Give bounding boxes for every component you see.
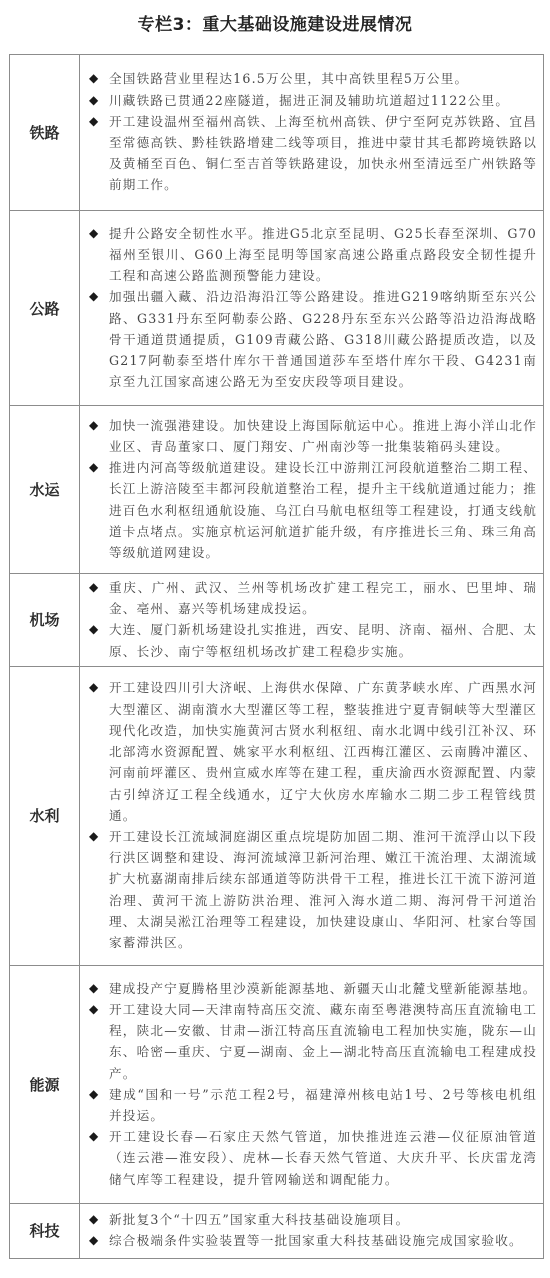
list-item: ◆重庆、广州、武汉、兰州等机场改扩建工程完工，丽水、巴里坤、瑞金、亳州、嘉兴等机…: [84, 577, 537, 619]
category-label: 科技: [10, 1203, 80, 1258]
items-cell: ◆全国铁路营业里程达16.5万公里，其中高铁里程5万公里。◆川藏铁路已贯通22座…: [80, 55, 544, 211]
diamond-bullet-icon: ◆: [89, 978, 98, 999]
diamond-bullet-icon: ◆: [89, 999, 98, 1020]
list-item: ◆开工建设长江流域洞庭湖区重点垸堤防加固二期、淮河干流浮山以下段行洪区调整和建设…: [84, 826, 537, 953]
item-text: 推进内河高等级航道建设。建设长江中游荆江河段航道整治二期工程、长江上游涪陵至丰都…: [109, 460, 537, 560]
item-text: 建成“国和一号”示范工程2号，福建漳州核电站1号、2号等核电机组并投运。: [109, 1087, 537, 1123]
table-row: 水利◆开工建设四川引大济岷、上海供水保障、广东黄茅峡水库、广西黑水河大型灌区、湖…: [10, 666, 544, 965]
category-label: 机场: [10, 574, 80, 667]
category-label: 水利: [10, 666, 80, 965]
diamond-bullet-icon: ◆: [89, 1209, 98, 1230]
list-item: ◆综合极端条件实验装置等一批国家重大科技基础设施完成国家验收。: [84, 1230, 537, 1251]
list-item: ◆开工建设长春—石家庄天然气管道，加快推进连云港—仪征原油管道（连云港—淮安段）…: [84, 1126, 537, 1190]
list-item: ◆川藏铁路已贯通22座隧道，掘进正洞及辅助坑道超过1122公里。: [84, 90, 537, 111]
diamond-bullet-icon: ◆: [89, 68, 98, 89]
list-item: ◆开工建设四川引大济岷、上海供水保障、广东黄茅峡水库、广西黑水河大型灌区、湖南澬…: [84, 677, 537, 825]
diamond-bullet-icon: ◆: [89, 1084, 98, 1105]
item-text: 开工建设四川引大济岷、上海供水保障、广东黄茅峡水库、广西黑水河大型灌区、湖南澬水…: [109, 680, 537, 822]
table-row: 能源◆建成投产宁夏腾格里沙漠新能源基地、新疆天山北麓戈壁新能源基地。◆开工建设大…: [10, 965, 544, 1203]
item-text: 建成投产宁夏腾格里沙漠新能源基地、新疆天山北麓戈壁新能源基地。: [109, 981, 537, 996]
list-item: ◆开工建设温州至福州高铁、上海至杭州高铁、伊宁至阿克苏铁路、宜昌至常德高铁、黔桂…: [84, 111, 537, 196]
item-text: 新批复3个“十四五”国家重大科技基础设施项目。: [109, 1212, 409, 1227]
list-item: ◆大连、厦门新机场建设扎实推进，西安、昆明、济南、福州、合肥、太原、长沙、南宁等…: [84, 619, 537, 661]
diamond-bullet-icon: ◆: [89, 90, 98, 111]
diamond-bullet-icon: ◆: [89, 286, 98, 307]
infrastructure-progress-table: 铁路◆全国铁路营业里程达16.5万公里，其中高铁里程5万公里。◆川藏铁路已贯通2…: [9, 54, 544, 1259]
items-cell: ◆开工建设四川引大济岷、上海供水保障、广东黄茅峡水库、广西黑水河大型灌区、湖南澬…: [80, 666, 544, 965]
diamond-bullet-icon: ◆: [89, 457, 98, 478]
list-item: ◆提升公路安全韧性水平。推进G5北京至昆明、G25长春至深圳、G70福州至银川、…: [84, 223, 537, 287]
diamond-bullet-icon: ◆: [89, 111, 98, 132]
item-text: 开工建设温州至福州高铁、上海至杭州高铁、伊宁至阿克苏铁路、宜昌至常德高铁、黔桂铁…: [109, 114, 537, 193]
category-label: 水运: [10, 406, 80, 574]
item-text: 重庆、广州、武汉、兰州等机场改扩建工程完工，丽水、巴里坤、瑞金、亳州、嘉兴等机场…: [109, 580, 537, 616]
diamond-bullet-icon: ◆: [89, 1230, 98, 1251]
item-text: 全国铁路营业里程达16.5万公里，其中高铁里程5万公里。: [109, 71, 468, 86]
diamond-bullet-icon: ◆: [89, 826, 98, 847]
item-text: 川藏铁路已贯通22座隧道，掘进正洞及辅助坑道超过1122公里。: [109, 93, 509, 108]
category-label: 能源: [10, 965, 80, 1203]
list-item: ◆推进内河高等级航道建设。建设长江中游荆江河段航道整治二期工程、长江上游涪陵至丰…: [84, 457, 537, 563]
items-cell: ◆重庆、广州、武汉、兰州等机场改扩建工程完工，丽水、巴里坤、瑞金、亳州、嘉兴等机…: [80, 574, 544, 667]
page-title: 专栏3：重大基础设施建设进展情况: [0, 10, 550, 35]
items-cell: ◆新批复3个“十四五”国家重大科技基础设施项目。◆综合极端条件实验装置等一批国家…: [80, 1203, 544, 1258]
table-row: 公路◆提升公路安全韧性水平。推进G5北京至昆明、G25长春至深圳、G70福州至银…: [10, 211, 544, 406]
items-cell: ◆建成投产宁夏腾格里沙漠新能源基地、新疆天山北麓戈壁新能源基地。◆开工建设大同—…: [80, 965, 544, 1203]
diamond-bullet-icon: ◆: [89, 415, 98, 436]
item-text: 提升公路安全韧性水平。推进G5北京至昆明、G25长春至深圳、G70福州至银川、G…: [109, 226, 537, 283]
diamond-bullet-icon: ◆: [89, 223, 98, 244]
list-item: ◆建成投产宁夏腾格里沙漠新能源基地、新疆天山北麓戈壁新能源基地。: [84, 978, 537, 999]
category-label: 公路: [10, 211, 80, 406]
item-text: 加强出疆入藏、沿边沿海沿江等公路建设。推进G219喀纳斯至东兴公路、G331丹东…: [109, 289, 537, 389]
item-text: 加快一流强港建设。加快建设上海国际航运中心。推进上海小洋山北作业区、青岛董家口、…: [109, 418, 537, 454]
table-row: 机场◆重庆、广州、武汉、兰州等机场改扩建工程完工，丽水、巴里坤、瑞金、亳州、嘉兴…: [10, 574, 544, 667]
list-item: ◆开工建设大同—天津南特高压交流、藏东南至粤港澳特高压直流输电工程，陕北—安徽、…: [84, 999, 537, 1084]
items-cell: ◆提升公路安全韧性水平。推进G5北京至昆明、G25长春至深圳、G70福州至银川、…: [80, 211, 544, 406]
table-row: 铁路◆全国铁路营业里程达16.5万公里，其中高铁里程5万公里。◆川藏铁路已贯通2…: [10, 55, 544, 211]
diamond-bullet-icon: ◆: [89, 677, 98, 698]
list-item: ◆建成“国和一号”示范工程2号，福建漳州核电站1号、2号等核电机组并投运。: [84, 1084, 537, 1126]
list-item: ◆全国铁路营业里程达16.5万公里，其中高铁里程5万公里。: [84, 68, 537, 89]
item-text: 大连、厦门新机场建设扎实推进，西安、昆明、济南、福州、合肥、太原、长沙、南宁等枢…: [109, 622, 537, 658]
category-label: 铁路: [10, 55, 80, 211]
items-cell: ◆加快一流强港建设。加快建设上海国际航运中心。推进上海小洋山北作业区、青岛董家口…: [80, 406, 544, 574]
item-text: 开工建设大同—天津南特高压交流、藏东南至粤港澳特高压直流输电工程，陕北—安徽、甘…: [109, 1002, 537, 1081]
table-row: 科技◆新批复3个“十四五”国家重大科技基础设施项目。◆综合极端条件实验装置等一批…: [10, 1203, 544, 1258]
list-item: ◆加快一流强港建设。加快建设上海国际航运中心。推进上海小洋山北作业区、青岛董家口…: [84, 415, 537, 457]
item-text: 开工建设长春—石家庄天然气管道，加快推进连云港—仪征原油管道（连云港—淮安段）、…: [109, 1129, 537, 1186]
item-text: 综合极端条件实验装置等一批国家重大科技基础设施完成国家验收。: [109, 1233, 523, 1248]
table-row: 水运◆加快一流强港建设。加快建设上海国际航运中心。推进上海小洋山北作业区、青岛董…: [10, 406, 544, 574]
diamond-bullet-icon: ◆: [89, 1126, 98, 1147]
item-text: 开工建设长江流域洞庭湖区重点垸堤防加固二期、淮河干流浮山以下段行洪区调整和建设、…: [109, 829, 537, 950]
diamond-bullet-icon: ◆: [89, 619, 98, 640]
diamond-bullet-icon: ◆: [89, 577, 98, 598]
list-item: ◆加强出疆入藏、沿边沿海沿江等公路建设。推进G219喀纳斯至东兴公路、G331丹…: [84, 286, 537, 392]
list-item: ◆新批复3个“十四五”国家重大科技基础设施项目。: [84, 1209, 537, 1230]
